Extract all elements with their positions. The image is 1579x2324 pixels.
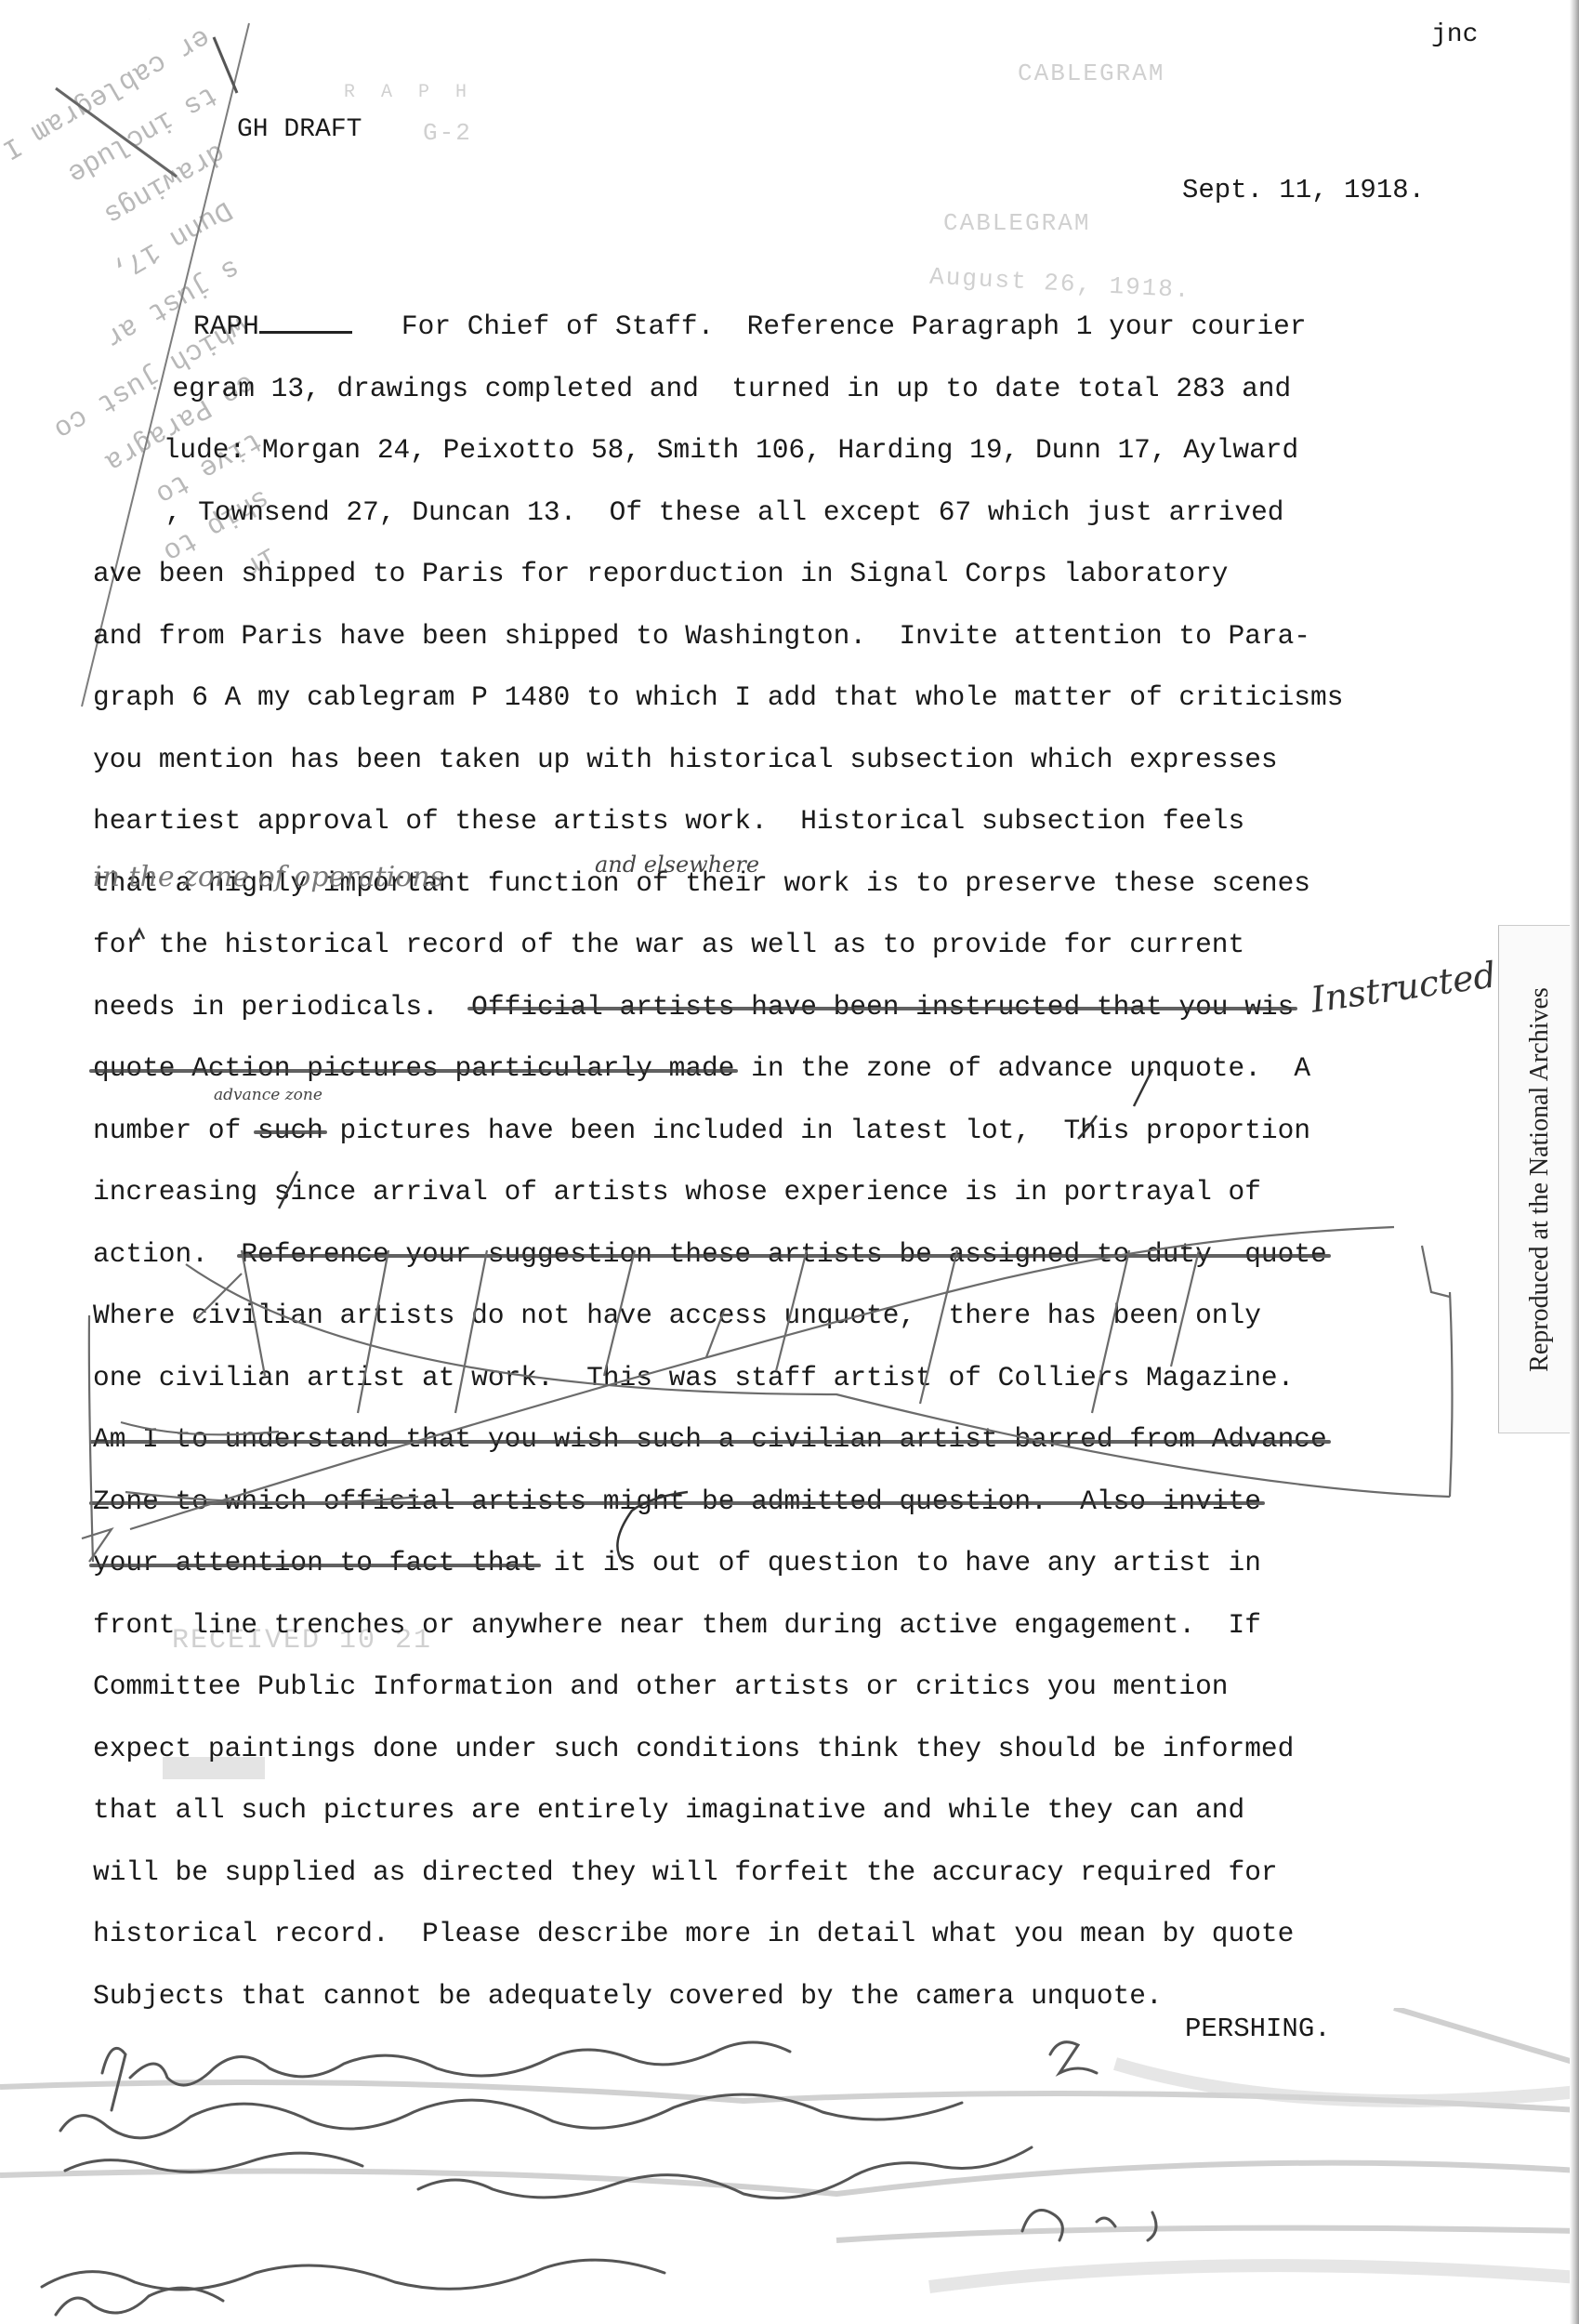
- text-line: graph 6 A my cablegram P 1480 to which I…: [93, 667, 1543, 729]
- text-line: Zone to which official artists might be …: [93, 1471, 1543, 1533]
- struck-text: Official artists have been instructed th…: [471, 991, 1294, 1023]
- text-segment: ave been shipped to Paris for reporducti…: [93, 558, 1229, 589]
- text-segment: action.: [93, 1238, 241, 1270]
- text-line: Where civilian artists do not have acces…: [93, 1285, 1543, 1347]
- text-segment: it is out of question to have any artist…: [537, 1547, 1261, 1578]
- text-segment: expect paintings done under such conditi…: [93, 1733, 1294, 1764]
- text-line: you mention has been taken up with histo…: [93, 729, 1543, 791]
- text-line: number of such pictures have been includ…: [93, 1100, 1543, 1162]
- margin-handwritten-insert: in the zone of operations: [93, 861, 444, 893]
- text-segment: number of: [93, 1115, 257, 1146]
- handwritten-and-elsewhere: and elsewhere: [595, 852, 759, 878]
- text-segment: graph 6 A my cablegram P 1480 to which I…: [93, 681, 1343, 713]
- crumpled-paper-area: [0, 2008, 1579, 2324]
- document-page: FORHIGHer cablegram Its includedrawingsD…: [0, 0, 1579, 2324]
- draft-heading: GH DRAFT: [237, 115, 362, 144]
- text-line: increasing since arrival of artists whos…: [93, 1161, 1543, 1223]
- text-line: action. Reference your suggestion these …: [93, 1223, 1543, 1286]
- blank-underline: [259, 310, 352, 334]
- text-segment: that all such pictures are entirely imag…: [93, 1794, 1244, 1826]
- text-line: RAPH For Chief of Staff. Reference Parag…: [93, 296, 1543, 358]
- text-line: , Townsend 27, Duncan 13. Of these all e…: [93, 482, 1543, 544]
- text-segment: Where civilian artists do not have acces…: [93, 1300, 1261, 1331]
- text-line: expect paintings done under such conditi…: [93, 1718, 1543, 1780]
- text-line: lude: Morgan 24, Peixotto 58, Smith 106,…: [93, 419, 1543, 482]
- struck-text: quote Action pictures particularly made: [93, 1052, 734, 1084]
- text-segment: , Townsend 27, Duncan 13. Of these all e…: [149, 496, 1284, 528]
- text-segment: will be supplied as directed they will f…: [93, 1856, 1278, 1888]
- struck-text: Zone to which official artists might be …: [93, 1486, 1261, 1517]
- text-segment: heartiest approval of these artists work…: [93, 805, 1244, 837]
- ghost-cablegram: CABLEGRAM: [943, 209, 1090, 237]
- text-segment: egram 13, drawings completed and turned …: [139, 373, 1291, 404]
- text-line: Committee Public Information and other a…: [93, 1656, 1543, 1718]
- text-line: one civilian artist at work. This was st…: [93, 1347, 1543, 1409]
- struck-text: such: [257, 1115, 323, 1146]
- text-line: ave been shipped to Paris for reporducti…: [93, 543, 1543, 605]
- text-segment: increasing since arrival of artists whos…: [93, 1176, 1261, 1208]
- national-archives-stamp: Reproduced at the National Archives: [1498, 925, 1579, 1433]
- handwritten-advance-zone: advance zone: [214, 1086, 322, 1104]
- typist-initials: jnc: [1431, 20, 1478, 49]
- text-segment: one civilian artist at work. This was st…: [93, 1362, 1294, 1393]
- text-line: historical record. Please describe more …: [93, 1903, 1543, 1965]
- text-line: will be supplied as directed they will f…: [93, 1842, 1543, 1904]
- text-segment: RAPH: [193, 310, 259, 342]
- text-segment: needs in periodicals.: [93, 991, 471, 1023]
- text-segment: you mention has been taken up with histo…: [93, 744, 1278, 775]
- text-segment: historical record. Please describe more …: [93, 1918, 1294, 1949]
- text-segment: pictures have been included in latest lo…: [323, 1115, 1310, 1146]
- text-line: egram 13, drawings completed and turned …: [93, 358, 1543, 420]
- text-line: front line trenches or anywhere near the…: [93, 1594, 1543, 1657]
- text-line: and from Paris have been shipped to Wash…: [93, 605, 1543, 667]
- cablegram-body: RAPH For Chief of Staff. Reference Parag…: [93, 296, 1543, 2027]
- text-line: that all such pictures are entirely imag…: [93, 1779, 1543, 1842]
- text-line: your attention to fact that it is out of…: [93, 1532, 1543, 1594]
- page-right-edge: [1570, 0, 1579, 2324]
- text-segment: lude: Morgan 24, Peixotto 58, Smith 106,…: [147, 434, 1298, 466]
- struck-text: your attention to fact that: [93, 1547, 537, 1578]
- text-line: heartiest approval of these artists work…: [93, 790, 1543, 852]
- text-segment: Committee Public Information and other a…: [93, 1670, 1229, 1702]
- text-line: for the historical record of the war as …: [93, 914, 1543, 976]
- archives-stamp-text: Reproduced at the National Archives: [1525, 987, 1555, 1372]
- text-segment: front line trenches or anywhere near the…: [93, 1609, 1261, 1641]
- ghost-page-mark: G-2: [423, 119, 472, 147]
- struck-text: Reference your suggestion these artists …: [241, 1238, 1326, 1270]
- text-segment: Subjects that cannot be adequately cover…: [93, 1980, 1163, 2012]
- ghost-top-left: R A P H: [344, 82, 474, 103]
- text-segment: For Chief of Staff. Reference Paragraph …: [352, 310, 1307, 342]
- text-segment: and from Paris have been shipped to Wash…: [93, 620, 1310, 652]
- text-line: Am I to understand that you wish such a …: [93, 1408, 1543, 1471]
- document-date: Sept. 11, 1918.: [1182, 175, 1425, 205]
- struck-text: Am I to understand that you wish such a …: [93, 1423, 1327, 1455]
- ghost-heading: CABLEGRAM: [1018, 59, 1165, 87]
- text-segment: in the zone of advance unquote. A: [734, 1052, 1310, 1084]
- text-segment: for the historical record of the war as …: [93, 929, 1244, 960]
- signature-pershing: PERSHING.: [1185, 2014, 1331, 2044]
